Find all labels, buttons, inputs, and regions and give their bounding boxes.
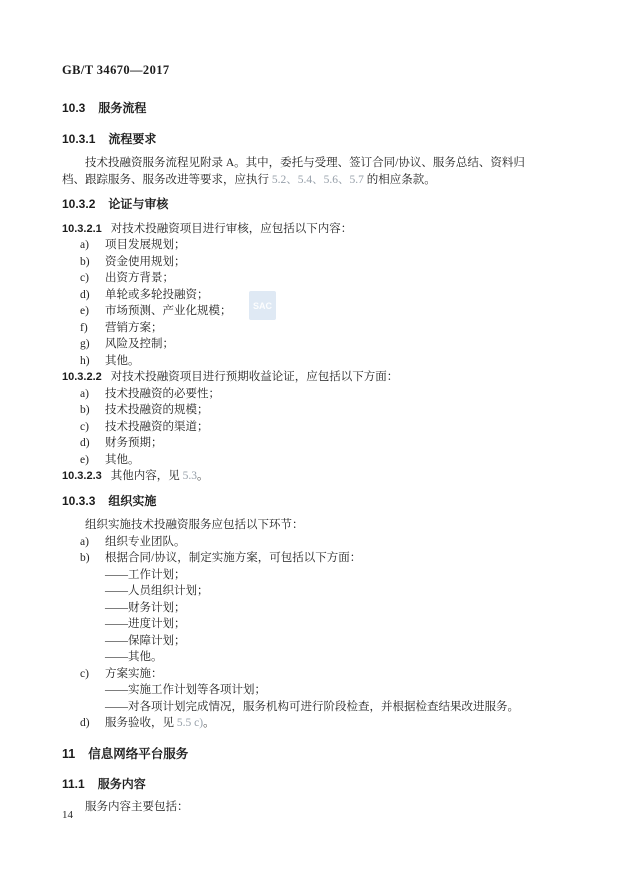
clause-reference: 5.3 — [183, 470, 197, 482]
list-item-label: c) — [80, 270, 89, 287]
list-item: d)单轮或多轮投融资； — [62, 287, 540, 304]
list-item-label: c) — [80, 666, 89, 683]
heading-11-num: 11 — [62, 747, 75, 761]
heading-10-3-title: 服务流程 — [98, 101, 146, 115]
list-item-text: 技术投融资的渠道； — [105, 421, 209, 433]
list-item-label: c) — [80, 419, 89, 436]
list-item-text: 技术投融资的规模； — [105, 404, 209, 416]
list-item-label: b) — [80, 254, 90, 271]
list-item-text: 根据合同/协议，制定实施方案，可包括以下方面： — [105, 552, 361, 564]
list-item: h)其他。 — [62, 353, 540, 370]
heading-11-1-num: 11.1 — [62, 777, 85, 791]
list-item-text: 风险及控制； — [105, 338, 174, 350]
list-item: e)其他。 — [62, 452, 540, 469]
list-item-text: 服务验收，见 — [105, 717, 177, 729]
clause-10-3-2-3-text-end: 。 — [197, 470, 209, 482]
clause-10-3-2-2: 10.3.2.2对技术投融资项目进行预期收益论证，应包括以下方面： — [62, 369, 540, 386]
dash-sub-item: ——保障计划； — [62, 633, 540, 650]
heading-10-3-2: 10.3.2论证与审核 — [62, 196, 540, 213]
list-item-label: b) — [80, 402, 90, 419]
list-item: a)组织专业团队。 — [62, 534, 540, 551]
list-item-text: 出资方背景； — [105, 272, 174, 284]
list-item-text: 其他。 — [105, 454, 140, 466]
paragraph-11-1: 服务内容主要包括： — [62, 799, 540, 816]
list-item-label: f) — [80, 320, 88, 337]
dash-sub-item: ——进度计划； — [62, 616, 540, 633]
heading-11-1-title: 服务内容 — [98, 777, 146, 791]
list-item-label: e) — [80, 303, 89, 320]
heading-11: 11信息网络平台服务 — [62, 746, 540, 763]
heading-10-3-1-num: 10.3.1 — [62, 132, 95, 146]
heading-10-3: 10.3服务流程 — [62, 100, 540, 117]
clause-10-3-2-1-text: 对技术投融资项目进行审核，应包括以下内容： — [111, 223, 353, 235]
list-item-text: 单轮或多轮投融资； — [105, 289, 209, 301]
heading-10-3-3: 10.3.3组织实施 — [62, 493, 540, 510]
list-item-text: 组织专业团队。 — [105, 536, 186, 548]
heading-10-3-1-title: 流程要求 — [108, 132, 156, 146]
list-item-label: d) — [80, 287, 90, 304]
clause-10-3-2-1-num: 10.3.2.1 — [62, 223, 102, 235]
list-item-label: e) — [80, 452, 89, 469]
list-item: e)市场预测、产业化规模； — [62, 303, 540, 320]
list-item: b)技术投融资的规模； — [62, 402, 540, 419]
list-item: d)财务预期； — [62, 435, 540, 452]
dash-sub-item: ——财务计划； — [62, 600, 540, 617]
list-item-label: a) — [80, 386, 89, 403]
paragraph-10-3-1: 技术投融资服务流程见附录 A。其中，委托与受理、签订合同/协议、服务总结、资料归… — [62, 155, 540, 188]
list-item-label: a) — [80, 534, 89, 551]
list-item-text: 技术投融资的必要性； — [105, 388, 220, 400]
list-item: d)服务验收，见 5.5 c)。 — [62, 715, 540, 732]
list-item-text-end: 。 — [203, 717, 215, 729]
list-item-text: 资金使用规划； — [105, 256, 186, 268]
list-item: c)技术投融资的渠道； — [62, 419, 540, 436]
dash-sub-item: ——人员组织计划； — [62, 583, 540, 600]
heading-10-3-2-num: 10.3.2 — [62, 197, 95, 211]
clause-10-3-2-3-num: 10.3.2.3 — [62, 470, 102, 482]
clause-10-3-2-3: 10.3.2.3其他内容，见 5.3。 — [62, 468, 540, 485]
list-item-label: a) — [80, 237, 89, 254]
dash-sub-item: ——工作计划； — [62, 567, 540, 584]
dash-sub-item: ——其他。 — [62, 649, 540, 666]
list-item: g)风险及控制； — [62, 336, 540, 353]
doc-number: GB/T 34670—2017 — [62, 62, 540, 78]
list-item-text: 营销方案； — [105, 322, 163, 334]
heading-11-1: 11.1服务内容 — [62, 776, 540, 793]
list-item: b)根据合同/协议，制定实施方案，可包括以下方面： — [62, 550, 540, 567]
heading-10-3-1: 10.3.1流程要求 — [62, 131, 540, 148]
page-content: GB/T 34670—2017 10.3服务流程 10.3.1流程要求 技术投融… — [62, 62, 540, 815]
list-item-text: 市场预测、产业化规模； — [105, 305, 232, 317]
heading-10-3-num: 10.3 — [62, 101, 85, 115]
dash-sub-item: ——对各项计划完成情况，服务机构可进行阶段检查，并根据检查结果改进服务。 — [62, 699, 540, 716]
list-item: f)营销方案； — [62, 320, 540, 337]
heading-10-3-2-title: 论证与审核 — [108, 197, 168, 211]
dash-sub-item: ——实施工作计划等各项计划； — [62, 682, 540, 699]
paragraph-10-3-3-intro: 组织实施技术投融资服务应包括以下环节： — [62, 517, 540, 534]
list-item: c)出资方背景； — [62, 270, 540, 287]
clause-10-3-2-2-text: 对技术投融资项目进行预期收益论证，应包括以下方面： — [111, 371, 399, 383]
list-item-label: d) — [80, 715, 90, 732]
clause-10-3-2-2-num: 10.3.2.2 — [62, 371, 102, 383]
list-item-label: h) — [80, 353, 90, 370]
heading-10-3-3-title: 组织实施 — [108, 494, 156, 508]
paragraph-10-3-1-text-end: 的相应条款。 — [364, 174, 436, 186]
list-item-label: b) — [80, 550, 90, 567]
clause-10-3-2-1: 10.3.2.1对技术投融资项目进行审核，应包括以下内容： — [62, 221, 540, 238]
document-page: SAC GB/T 34670—2017 10.3服务流程 10.3.1流程要求 … — [0, 0, 620, 877]
list-item-label: g) — [80, 336, 90, 353]
list-item-text: 财务预期； — [105, 437, 163, 449]
list-item-text: 方案实施： — [105, 668, 163, 680]
list-item-label: d) — [80, 435, 90, 452]
clause-reference: 5.5 c) — [177, 717, 203, 729]
heading-11-title: 信息网络平台服务 — [88, 747, 188, 761]
list-item: a)项目发展规划； — [62, 237, 540, 254]
list-item: c)方案实施： — [62, 666, 540, 683]
list-item: a)技术投融资的必要性； — [62, 386, 540, 403]
clause-reference: 5.2、5.4、5.6、5.7 — [272, 174, 364, 186]
list-item-text: 其他。 — [105, 355, 140, 367]
clause-10-3-2-3-text: 其他内容，见 — [111, 470, 183, 482]
list-item-text: 项目发展规划； — [105, 239, 186, 251]
list-item: b)资金使用规划； — [62, 254, 540, 271]
heading-10-3-3-num: 10.3.3 — [62, 494, 95, 508]
